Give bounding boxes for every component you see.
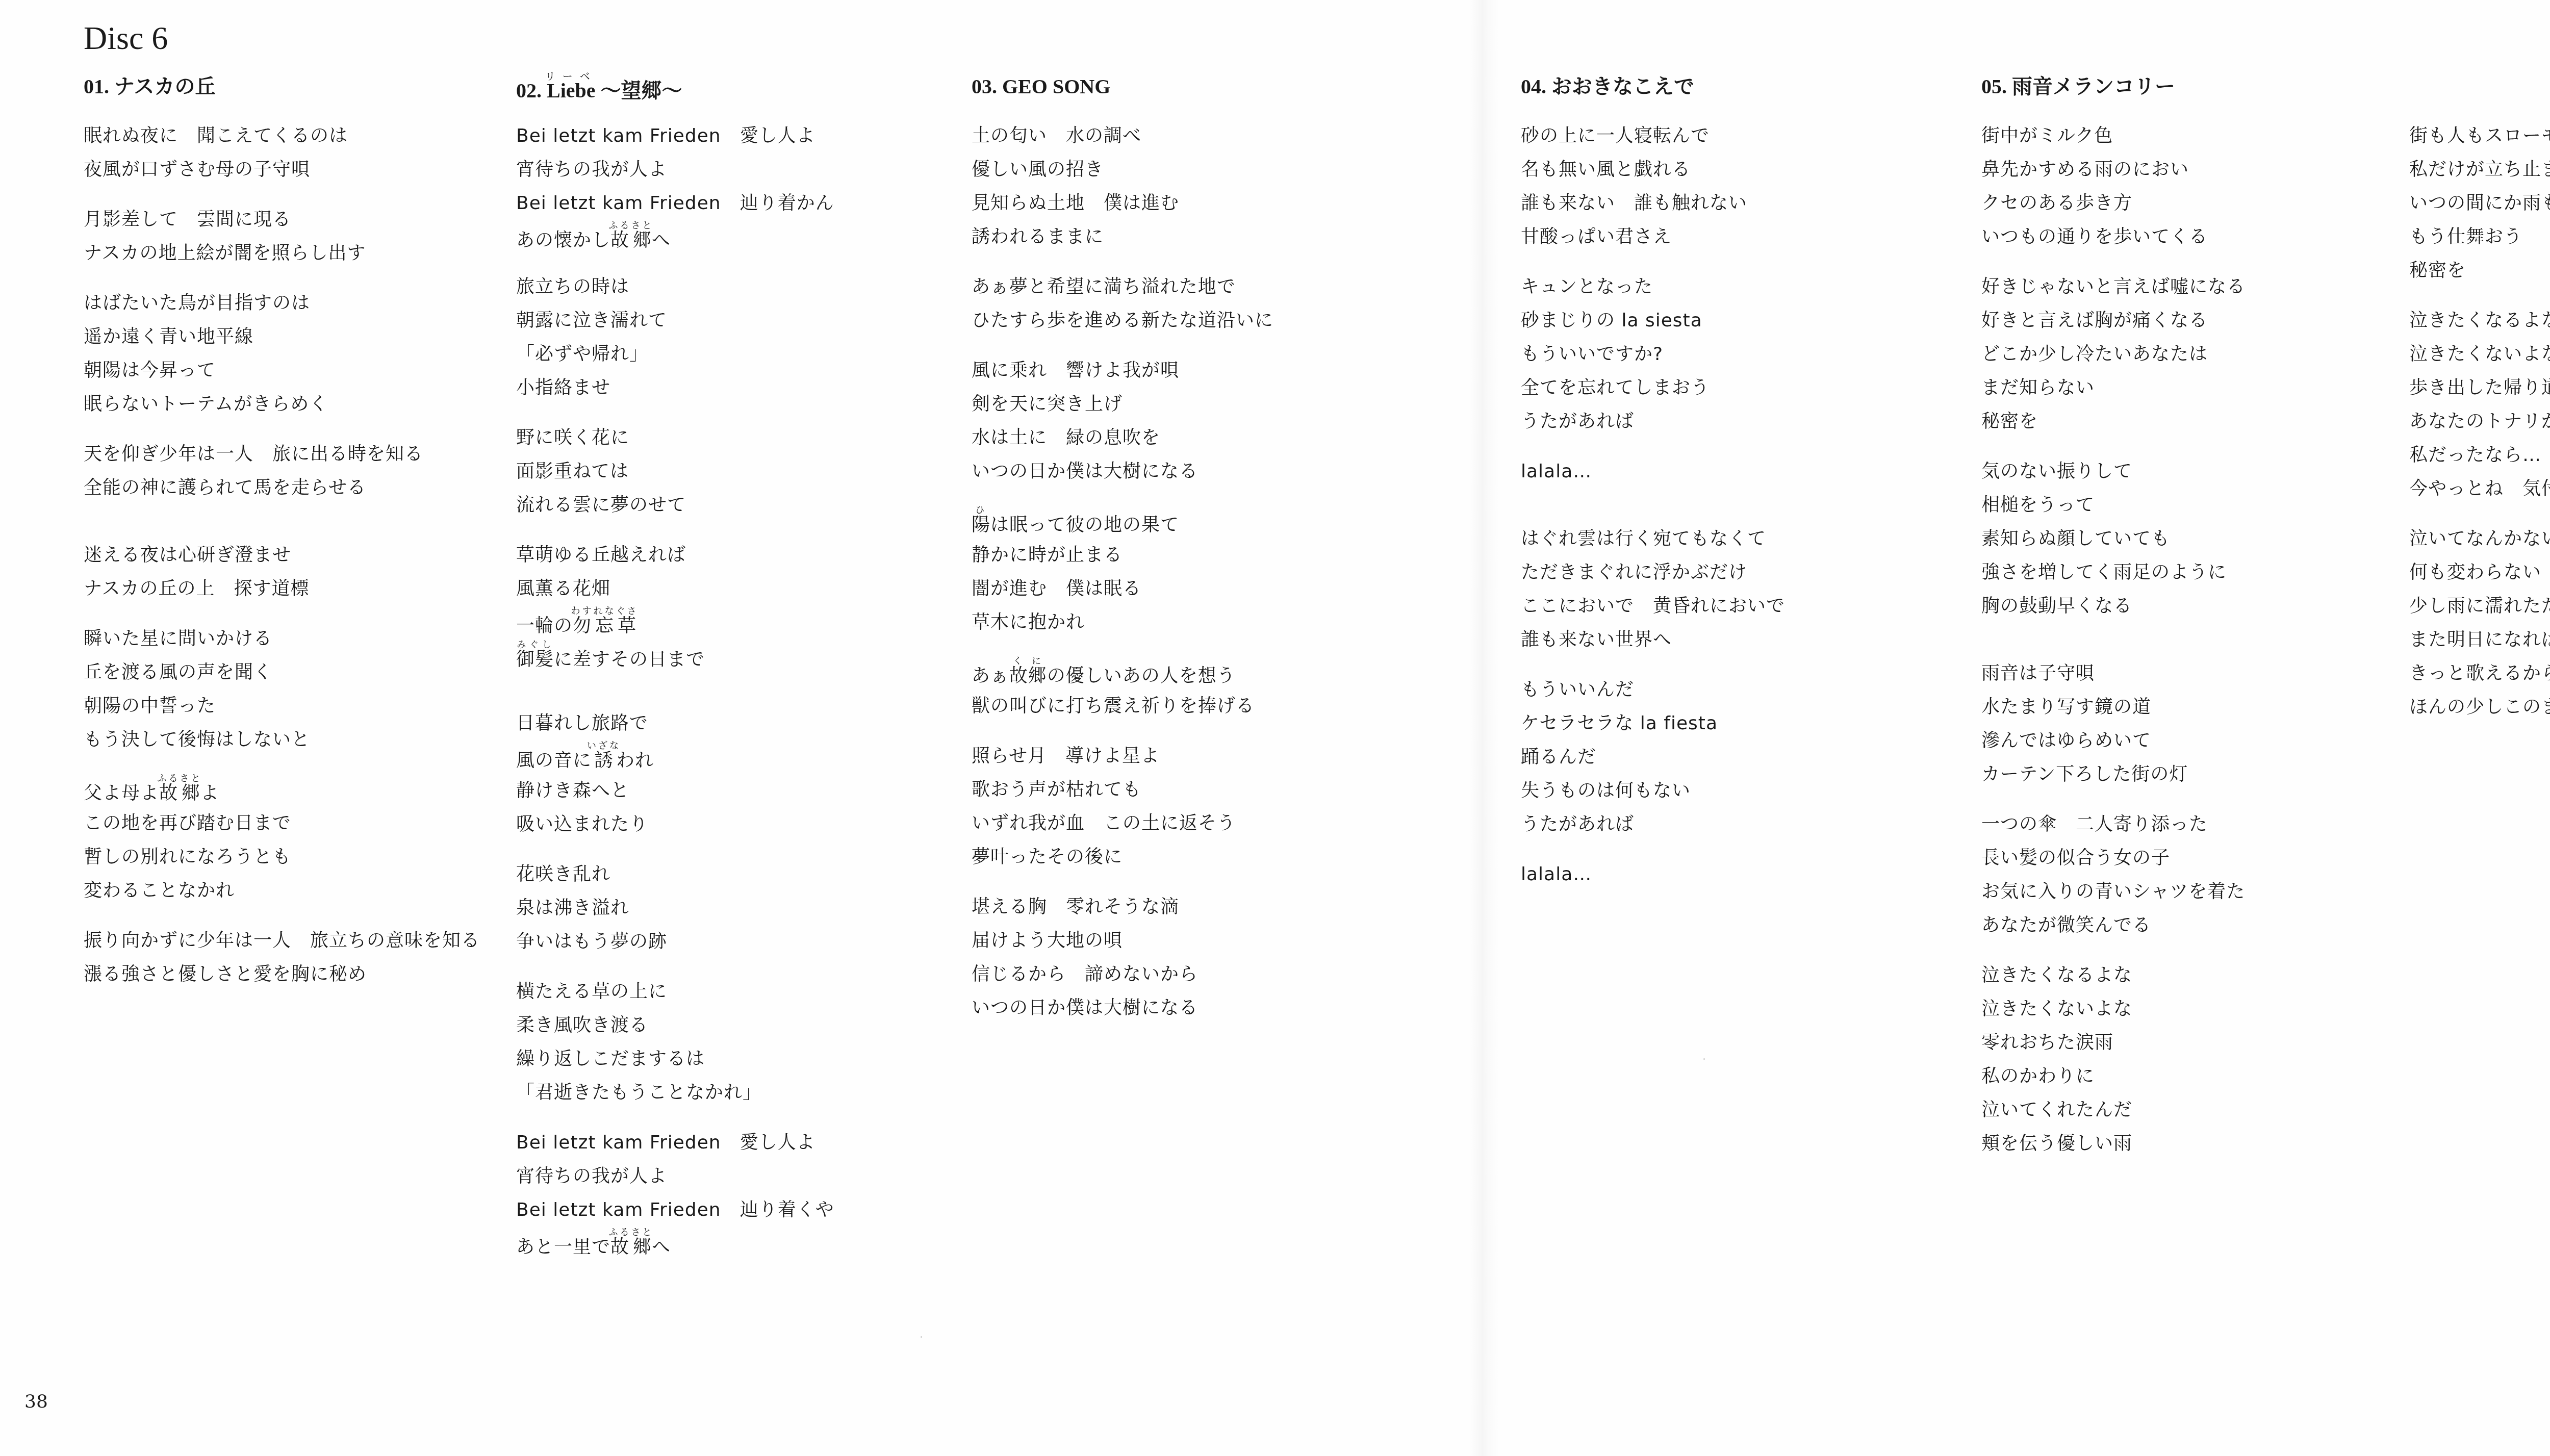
lyric-line: 素知らぬ顔していても xyxy=(1981,522,2246,556)
lyric-line: 気のない振りして xyxy=(1981,455,2246,489)
lyric-line: 秘密を xyxy=(2409,254,2550,288)
lyric-line: 踊るんだ xyxy=(1521,740,1785,774)
lyric-line: 私のかわりに xyxy=(1981,1060,2246,1093)
lyric-line: キュンとなった xyxy=(1521,270,1785,304)
track-title: 04. おおきなこえで xyxy=(1521,71,1785,102)
lyric-line: ケセラセラな la fiesta xyxy=(1521,707,1785,740)
lyric-line: 零れおちた涙雨 xyxy=(1981,1026,2246,1060)
lyric-line: 泣いてなんかない xyxy=(2409,522,2550,556)
lyric-line: 雨音は子守唄 xyxy=(1981,657,2246,691)
lyric-line: うたがあれば xyxy=(1521,808,1785,841)
lyric-line: lalala… xyxy=(1521,858,1785,891)
lyric-line: ほんの少しこのままで xyxy=(2409,691,2550,724)
lyric-line: 砂まじりの la siesta xyxy=(1521,304,1785,338)
track-04: 04. おおきなこえで 砂の上に一人寝転んで 名も無い風と戯れる 誰も来ない 誰… xyxy=(1521,71,1785,908)
stanza: 好きじゃないと言えば嘘になる 好きと言えば胸が痛くなる どこか少し冷たいあなたは… xyxy=(1981,270,2246,439)
lyric-line: 泣きたくなるよな xyxy=(1981,959,2246,992)
lyric-line: 胸の鼓動早くなる xyxy=(1981,590,2246,623)
lyric-line: 失うものは何もない xyxy=(1521,774,1785,808)
stanza: 雨音は子守唄 水たまり写す鏡の道 滲んではゆらめいて カーテン下ろした街の灯 xyxy=(1981,657,2246,791)
lyric-line: いつもの通りを歩いてくる xyxy=(1981,220,2246,254)
lyric-line: 何も変わらない xyxy=(2409,556,2550,590)
lyric-line: 全てを忘れてしまおう xyxy=(1521,371,1785,405)
lyric-line: クセのある歩き方 xyxy=(1981,187,2246,220)
lyric-line: ここにおいで 黄昏れにおいで xyxy=(1521,590,1785,623)
stanza: はぐれ雲は行く宛てもなくて ただきまぐれに浮かぶだけ ここにおいで 黄昏れにおい… xyxy=(1521,522,1785,657)
stanza: lalala… xyxy=(1521,858,1785,891)
stanza: 泣きたくなるよな 泣きたくないよな 零れおちた涙雨 私のかわりに 泣いてくれたん… xyxy=(1981,959,2246,1161)
lyric-line: あなたのトナリが xyxy=(2409,405,2550,439)
lyric-line: 秘密を xyxy=(1981,405,2246,439)
lyric-line: まだ知らない xyxy=(1981,371,2246,405)
lyric-line: 誰も来ない世界へ xyxy=(1521,623,1785,657)
lyric-line: お気に入りの青いシャツを着た xyxy=(1981,875,2246,909)
track-05-continued: 街も人もスローモーションで 私だけが立ち止まったまま いつの間にか雨もやんだから… xyxy=(2409,71,2550,740)
lyric-line: 強さを増してく雨足のように xyxy=(1981,556,2246,590)
lyric-line: カーテン下ろした街の灯 xyxy=(1981,758,2246,791)
booklet-spread: Disc 6 01. ナスカの丘 眠れぬ夜に 聞こえてくるのは 夜風が口ずさむ母… xyxy=(0,0,2550,1456)
lyric-line: 私だったなら… xyxy=(2409,439,2550,472)
lyric-line: 私だけが立ち止まったまま xyxy=(2409,153,2550,187)
lyric-line: うたがあれば xyxy=(1521,405,1785,439)
track-05: 05. 雨音メランコリー 街中がミルク色 鼻先かすめる雨のにおい クセのある歩き… xyxy=(1981,71,2246,1177)
lyric-line: 水たまり写す鏡の道 xyxy=(1981,691,2246,724)
lyric-line: 頬を伝う優しい雨 xyxy=(1981,1127,2246,1161)
lyric-line: あなたが微笑んでる xyxy=(1981,909,2246,942)
right-page: 04. おおきなこえで 砂の上に一人寝転んで 名も無い風と戯れる 誰も来ない 誰… xyxy=(0,0,2550,1456)
lyric-line: 滲んではゆらめいて xyxy=(1981,724,2246,758)
stanza: lalala… xyxy=(1521,455,1785,489)
lyric-line: もういいんだ xyxy=(1521,673,1785,707)
lyric-line: 名も無い風と戯れる xyxy=(1521,153,1785,187)
lyric-line: 少し雨に濡れただけ xyxy=(2409,590,2550,623)
stanza: 泣きたくなるよな 泣きたくないよな 歩き出した帰り道 あなたのトナリが 私だった… xyxy=(2409,304,2550,506)
lyric-line: 長い髪の似合う女の子 xyxy=(1981,841,2246,875)
lyric-line: 相槌をうって xyxy=(1981,489,2246,522)
lyric-line: 歩き出した帰り道 xyxy=(2409,371,2550,405)
lyric-line: 好きじゃないと言えば嘘になる xyxy=(1981,270,2246,304)
lyric-line: 好きと言えば胸が痛くなる xyxy=(1981,304,2246,338)
lyric-line: 街中がミルク色 xyxy=(1981,119,2246,153)
stanza: 気のない振りして 相槌をうって 素知らぬ顔していても 強さを増してく雨足のように… xyxy=(1981,455,2246,623)
lyric-line: 泣きたくないよな xyxy=(2409,338,2550,371)
lyric-line: どこか少し冷たいあなたは xyxy=(1981,338,2246,371)
paper-speck xyxy=(1703,1058,1705,1060)
lyric-line: 泣きたくないよな xyxy=(1981,992,2246,1026)
lyric-line: いつの間にか雨もやんだから xyxy=(2409,187,2550,220)
lyric-line: 泣きたくなるよな xyxy=(2409,304,2550,338)
lyric-line: もう仕舞おう xyxy=(2409,220,2550,254)
lyric-line: また明日になれば xyxy=(2409,623,2550,657)
lyric-line: 今やっとね 気付いたの xyxy=(2409,472,2550,506)
lyric-line: もういいですか? xyxy=(1521,338,1785,371)
stanza: 街も人もスローモーションで 私だけが立ち止まったまま いつの間にか雨もやんだから… xyxy=(2409,119,2550,288)
lyric-line: ただきまぐれに浮かぶだけ xyxy=(1521,556,1785,590)
lyric-line: 甘酸っぱい君さえ xyxy=(1521,220,1785,254)
lyric-line: 街も人もスローモーションで xyxy=(2409,119,2550,153)
lyric-line: 砂の上に一人寝転んで xyxy=(1521,119,1785,153)
stanza: キュンとなった 砂まじりの la siesta もういいですか? 全てを忘れてし… xyxy=(1521,270,1785,439)
lyric-line: lalala… xyxy=(1521,455,1785,489)
lyric-line: 一つの傘 二人寄り添った xyxy=(1981,808,2246,841)
stanza: 砂の上に一人寝転んで 名も無い風と戯れる 誰も来ない 誰も触れない 甘酸っぱい君… xyxy=(1521,119,1785,254)
lyric-line: 誰も来ない 誰も触れない xyxy=(1521,187,1785,220)
track-title: 05. 雨音メランコリー xyxy=(1981,71,2246,102)
lyric-line: 鼻先かすめる雨のにおい xyxy=(1981,153,2246,187)
stanza: もういいんだ ケセラセラな la fiesta 踊るんだ 失うものは何もない う… xyxy=(1521,673,1785,841)
lyric-line: はぐれ雲は行く宛てもなくて xyxy=(1521,522,1785,556)
stanza: 一つの傘 二人寄り添った 長い髪の似合う女の子 お気に入りの青いシャツを着た あ… xyxy=(1981,808,2246,942)
lyric-line: 泣いてくれたんだ xyxy=(1981,1093,2246,1127)
stanza: 泣いてなんかない 何も変わらない 少し雨に濡れただけ また明日になれば きっと歌… xyxy=(2409,522,2550,724)
paper-speck xyxy=(921,1336,922,1338)
lyric-line: きっと歌えるから xyxy=(2409,657,2550,691)
stanza: 街中がミルク色 鼻先かすめる雨のにおい クセのある歩き方 いつもの通りを歩いてく… xyxy=(1981,119,2246,254)
